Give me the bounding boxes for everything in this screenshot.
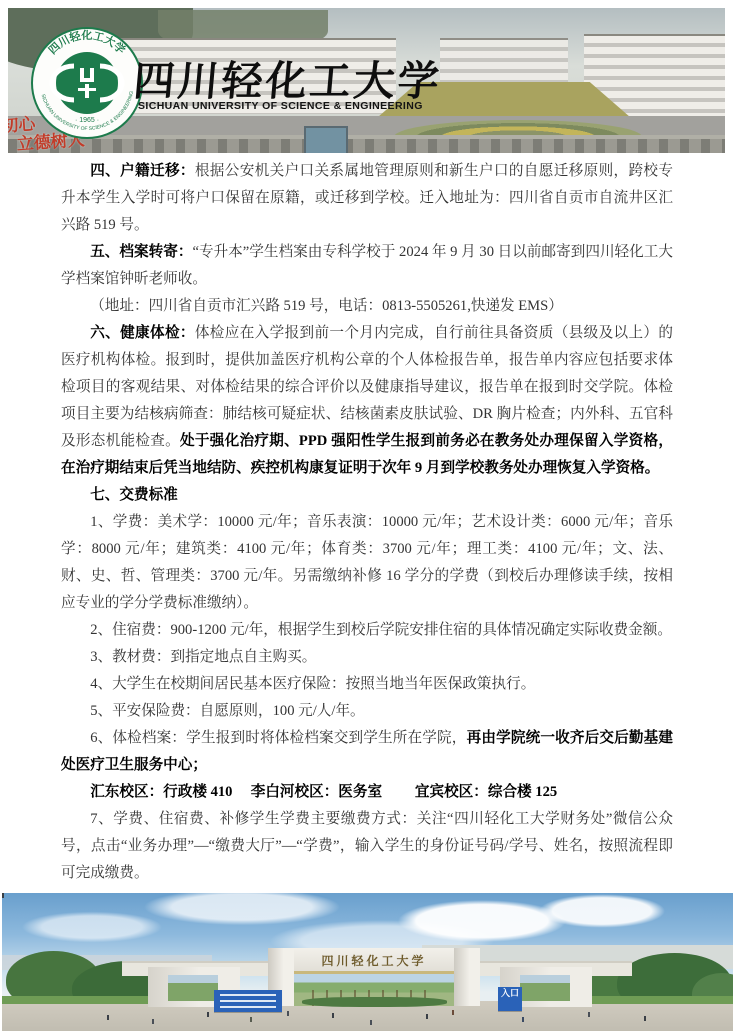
paragraph: 四、户籍迁移：根据公安机关户口关系属地管理原则和新生户口的自愿迁移原则，跨校专升… xyxy=(61,158,673,239)
text-segment: 1、学费：美术学：10000 元/年；音乐表演：10000 元/年；艺术设计类：… xyxy=(61,514,673,611)
paragraph: （地址：四川省自贡市汇兴路 519 号，电话：0813-5505261,快递发 … xyxy=(61,293,673,320)
university-name-english: SICHUAN UNIVERSITY OF SCIENCE & ENGINEER… xyxy=(138,100,423,112)
gate-arch-opening xyxy=(168,975,218,1001)
paragraph: 5、平安保险费：自愿原则，100 元/人/年。 xyxy=(61,698,673,725)
paragraph: 汇东校区：行政楼 410 李白河校区：医务室 宜宾校区：综合楼 125 xyxy=(61,779,673,806)
text-segment: 6、体检档案：学生报到时将体检档案交到学生所在学院， xyxy=(90,730,466,746)
text-segment: 体检应在入学报到前一个月内完成，自行前往具备资质（县级及以上）的医疗机构体检。报… xyxy=(61,325,673,449)
header-building-center xyxy=(440,40,568,84)
text-segment: 3、教材费：到指定地点自主购买。 xyxy=(90,649,316,665)
seal-year: · 1965 · xyxy=(75,117,99,124)
text-segment: 2、住宿费：900-1200 元/年，根据学生到校后学院安排住宿的具体情况确定实… xyxy=(90,622,672,638)
paragraph: 七、交费标准 xyxy=(61,482,673,509)
text-segment: 5、平安保险费：自愿原则，100 元/人/年。 xyxy=(90,703,364,719)
paragraph: 6、体检档案：学生报到时将体检档案交到学生所在学院，再由学院统一收齐后交后勤基建… xyxy=(61,725,673,779)
sign-text-lines xyxy=(220,994,276,1008)
paragraph: 1、学费：美术学：10000 元/年；音乐表演：10000 元/年；艺术设计类：… xyxy=(61,509,673,617)
text-segment: 4、大学生在校期间居民基本医疗保险：按照当地当年医保政策执行。 xyxy=(90,676,535,692)
text-segment-bold: 汇东校区：行政楼 410 李白河校区：医务室 宜宾校区：综合楼 125 xyxy=(90,784,557,800)
paragraph: 五、档案转寄：“专升本”学生档案由专科学校于 2024 年 9 月 30 日以前… xyxy=(61,239,673,293)
university-name-calligraphy: 四川轻化工大学 xyxy=(131,48,444,107)
admission-notice-page: 初心 立德树人 四川轻化工大学 SICHUAN UNIVERSITY OF SC… xyxy=(0,0,733,1031)
footer-gate-photo: 四川轻化工大学 入口 xyxy=(2,893,733,1031)
text-segment-bold: 六、健康体检： xyxy=(90,325,195,341)
text-segment-bold: 七、交费标准 xyxy=(90,487,178,503)
header-campus-photo: 初心 立德树人 四川轻化工大学 SICHUAN UNIVERSITY OF SC… xyxy=(8,8,725,153)
text-segment: （地址：四川省自贡市汇兴路 519 号，电话：0813-5505261,快递发 … xyxy=(90,298,563,314)
pedestrians xyxy=(2,893,4,898)
text-segment-bold: 五、档案转寄： xyxy=(90,244,192,260)
entrance-sign: 入口 xyxy=(498,987,522,1011)
text-segment: 7、学费、住宿费、补修学生学费主要缴费方式：关注“四川轻化工大学财务处”微信公众… xyxy=(61,811,673,881)
paragraph: 7、学费、住宿费、补修学生学费主要缴费方式：关注“四川轻化工大学财务处”微信公众… xyxy=(61,806,673,887)
header-gatehouse xyxy=(304,126,348,153)
campus-sign-board xyxy=(214,990,282,1012)
text-segment-bold: 四、户籍迁移： xyxy=(90,163,195,179)
paragraph: 3、教材费：到指定地点自主购买。 xyxy=(61,644,673,671)
paragraph: 六、健康体检：体检应在入学报到前一个月内完成，自行前往具备资质（县级及以上）的医… xyxy=(61,320,673,482)
gate-arch-opening xyxy=(520,975,570,1001)
university-seal-icon: 四川轻化工大学 SICHUAN UNIVERSITY OF SCIENCE & … xyxy=(30,26,144,140)
document-body: 四、户籍迁移：根据公安机关户口关系属地管理原则和新生户口的自愿迁移原则，跨校专升… xyxy=(61,158,673,887)
paragraph: 2、住宿费：900-1200 元/年，根据学生到校后学院安排住宿的具体情况确定实… xyxy=(61,617,673,644)
gate-hedge xyxy=(302,997,447,1007)
paragraph: 4、大学生在校期间居民基本医疗保险：按照当地当年医保政策执行。 xyxy=(61,671,673,698)
gate-name-calligraphy: 四川轻化工大学 xyxy=(268,952,480,969)
